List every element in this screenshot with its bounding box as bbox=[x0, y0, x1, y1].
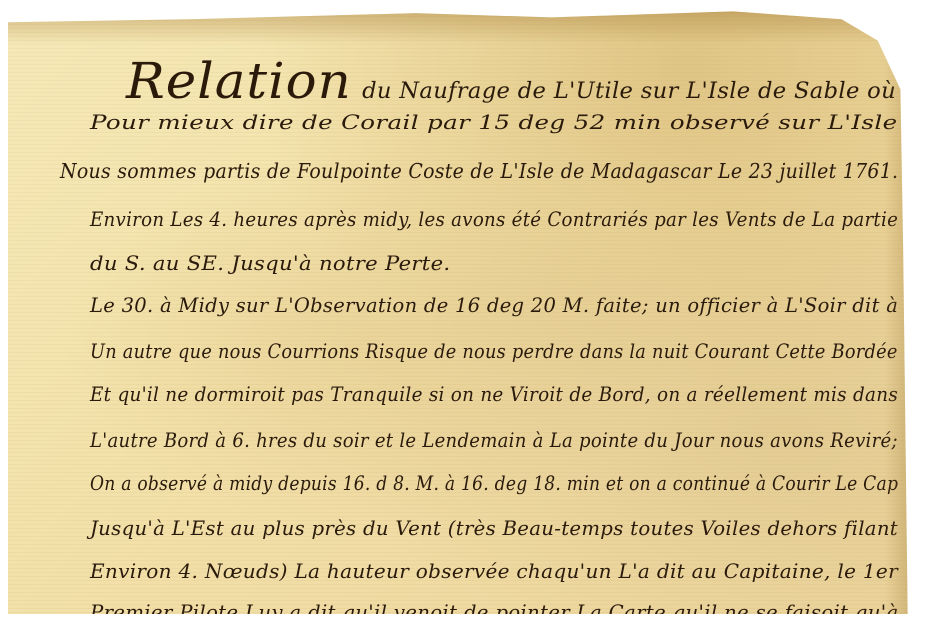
title-word: Relation bbox=[126, 52, 352, 110]
manuscript-line: Nous sommes partis de Foulpointe Coste d… bbox=[60, 159, 898, 183]
manuscript-line: Un autre que nous Courrions Risque de no… bbox=[90, 339, 898, 363]
title-rest: du Naufrage de L'Utile sur L'Isle de Sab… bbox=[362, 79, 896, 104]
manuscript-page: Relationdu Naufrage de L'Utile sur L'Isl… bbox=[8, 4, 914, 614]
manuscript-line: Environ Les 4. heures après midy, les av… bbox=[90, 207, 898, 231]
manuscript-line: Premier Pilote Luy a dit qu'il venoit de… bbox=[90, 600, 899, 624]
manuscript-line: Et qu'il ne dormiroit pas Tranquile si o… bbox=[90, 382, 898, 406]
manuscript-line: Pour mieux dire de Corail par 15 deg 52 … bbox=[90, 110, 897, 134]
manuscript-line: du S. au SE. Jusqu'à notre Perte. bbox=[90, 251, 450, 275]
manuscript-line: On a observé à midy depuis 16. d 8. M. à… bbox=[90, 471, 898, 495]
manuscript-line: Environ 4. Nœuds) La hauteur observée ch… bbox=[90, 559, 898, 583]
title-line: Relationdu Naufrage de L'Utile sur L'Isl… bbox=[126, 52, 896, 110]
manuscript-line: L'autre Bord à 6. hres du soir et le Len… bbox=[90, 428, 898, 452]
manuscript-line: Le 30. à Midy sur L'Observation de 16 de… bbox=[90, 293, 898, 317]
manuscript-line: Jusqu'à L'Est au plus près du Vent (très… bbox=[90, 516, 898, 540]
